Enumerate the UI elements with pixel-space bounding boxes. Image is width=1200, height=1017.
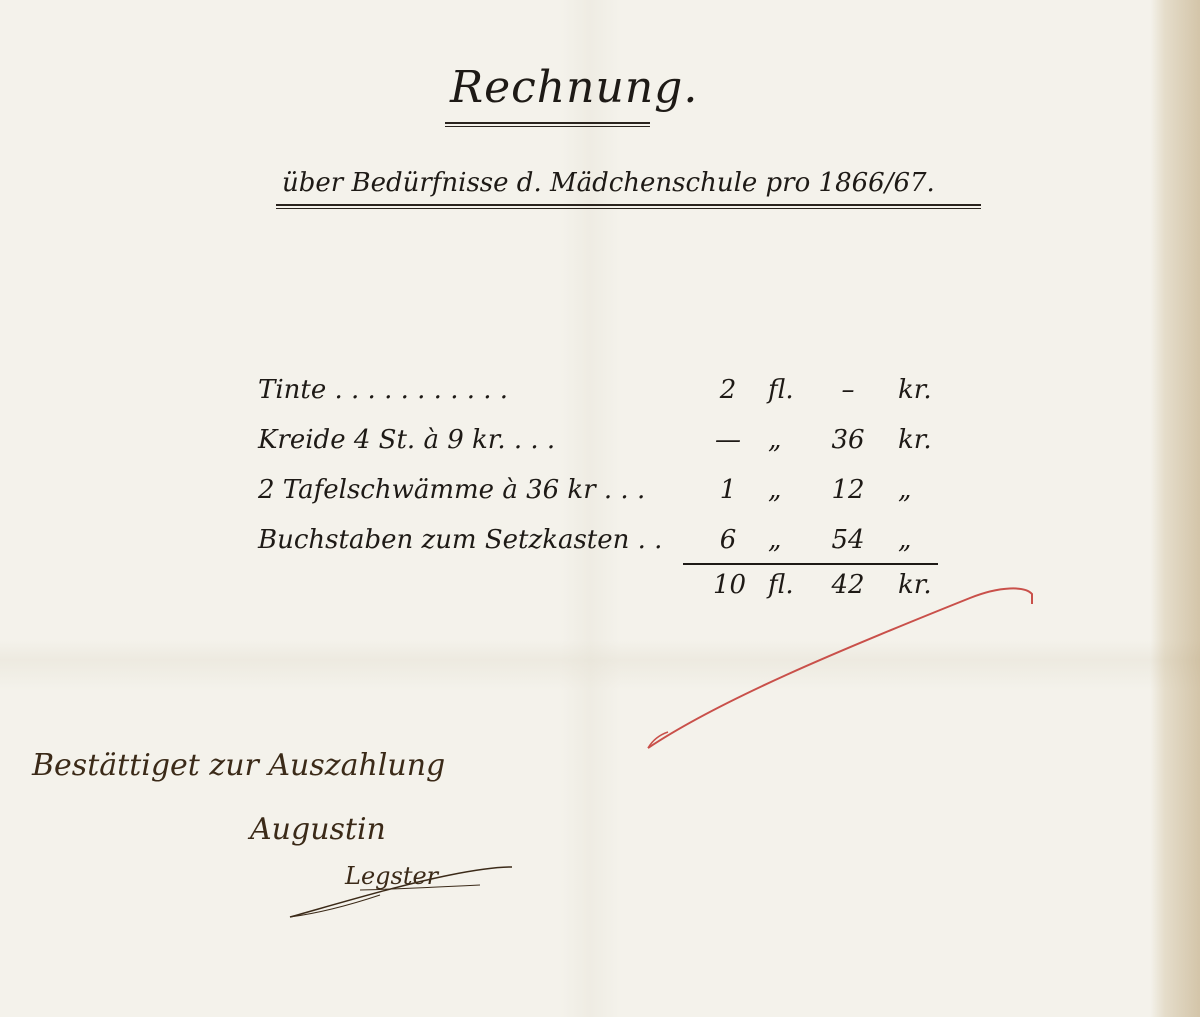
item-description: 2 Tafelschwämme à 36 kr . . . (258, 475, 645, 505)
subtitle-double-underline (276, 204, 981, 209)
item-kreuzer: 36 (823, 425, 873, 455)
item-description: Tinte . . . . . . . . . . . (258, 375, 508, 405)
item-florin-unit: „ (768, 475, 781, 505)
sum-rule (683, 563, 938, 565)
item-description: Kreide 4 St. à 9 kr. . . . (258, 425, 555, 455)
item-kreuzer-unit: kr. (898, 425, 932, 455)
item-description: Buchstaben zum Setzkasten . . (258, 525, 662, 555)
item-kreuzer: 12 (823, 475, 873, 505)
item-kreuzer: – (823, 375, 873, 405)
approval-text: Bestättiget zur Auszahlung (32, 748, 445, 783)
red-check-stroke-icon (640, 580, 1040, 760)
item-kreuzer-unit: „ (898, 525, 911, 555)
paper-background (0, 0, 1200, 1017)
item-kreuzer: 54 (823, 525, 873, 555)
document-title: Rechnung. (450, 62, 698, 113)
item-florin-unit: „ (768, 525, 781, 555)
item-florin: 6 (713, 525, 743, 555)
document-subtitle: über Bedürfnisse d. Mädchenschule pro 18… (282, 168, 935, 198)
signature-flourish-icon (280, 855, 520, 925)
item-florin-unit: fl. (768, 375, 794, 405)
item-florin: 1 (713, 475, 743, 505)
item-kreuzer-unit: kr. (898, 375, 932, 405)
item-kreuzer-unit: „ (898, 475, 911, 505)
item-florin: — (713, 425, 743, 455)
title-double-underline (445, 122, 650, 127)
signature-name: Augustin (250, 812, 386, 847)
item-florin: 2 (713, 375, 743, 405)
item-florin-unit: „ (768, 425, 781, 455)
